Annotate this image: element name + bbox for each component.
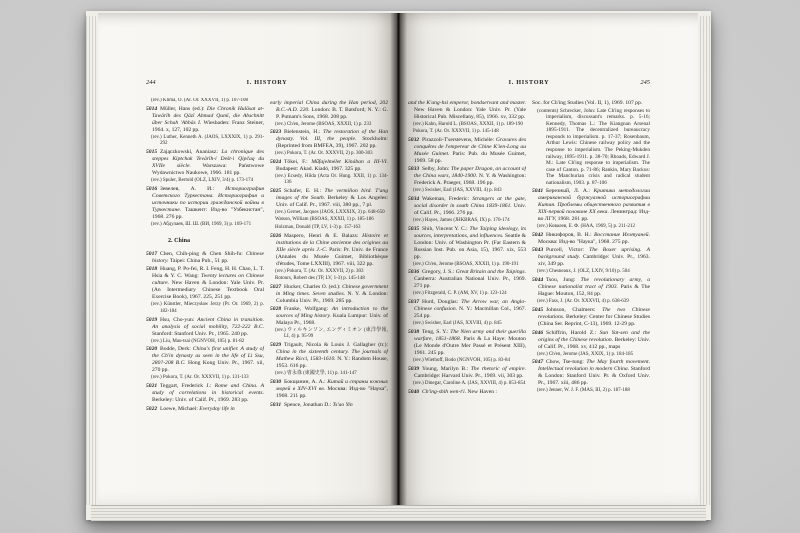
review-line: (rev.) Luther, Kenneth A. (JAOS, LXXXIX,… (151, 135, 264, 148)
review-line: (rev.) Wiethoff, Bodo (NGNVOH, 105) p. 8… (413, 358, 526, 364)
review-line: (rev.) Klima, O. (Ar. Or. XXXVII, 1) p. … (151, 98, 264, 104)
bib-entry: 5045 Johnson, Chalmers: The two Chinese … (532, 307, 650, 328)
bib-entry: 5021 Teggart, Frederick J.: Rome and Chi… (146, 383, 264, 404)
review-line: Rotours, Robert des (TP, LV, 1-3) p. 145… (275, 276, 388, 282)
page-header-left: 244 I. HISTORY (146, 79, 388, 89)
page-left: 244 I. HISTORY (rev.) Klima, O. (Ar. Or.… (98, 13, 398, 505)
bib-entry: 5022 Loewe, Michael: Everyday life in (146, 406, 264, 413)
review-line: (rev.) Spuler, Bertold (OLZ, LXIV, 3/4) … (151, 178, 264, 184)
entry-number: 5031 (270, 402, 284, 408)
entry-number: 5018 (146, 266, 160, 272)
right-col-1: and the K'ang-hsi emperor, bondservant a… (408, 98, 526, 476)
entry-number: 5035 (408, 226, 422, 232)
bib-entry: 5033 Selby, John: The paper Dragon, an a… (408, 166, 526, 187)
review-line: (rev.) Kahn, Harold L. (BSOAS, XXXII, 1)… (413, 122, 526, 128)
review-line: (rev.) Ковалев, Е. Ф. (НАА, 1969, 5) p. … (537, 224, 650, 230)
entry-number: 5021 (146, 383, 160, 389)
entry-number: 5015 (146, 149, 160, 155)
review-line: (rev.) Ch'en, Jerome (BSOAS, XXXII, 1) p… (413, 262, 526, 268)
page-edges-left (86, 16, 98, 505)
bib-entry: 5018 Huang, P. Po-fei, R. I. Feng, H. H.… (146, 266, 264, 301)
bib-entry: 5017 Chen, Chih-ping & Chen Shih-fu: Chi… (146, 251, 264, 265)
bib-entry: 5030 Бокщанин, А. А.: Китай и страны южн… (270, 379, 388, 400)
bib-entry: 5016 Зевелев, А. И.: Историография Совет… (146, 186, 264, 221)
bib-entry: 5023 Bielenstein, H.: The restoration of… (270, 129, 388, 150)
right-col-2: Soc. for Ch'ing Studies (Vol. II, 1), 19… (532, 98, 650, 476)
bib-entry: 5026 Maspero, Henri & E. Balazs: Histoir… (270, 233, 388, 268)
page-header-right: I. HISTORY 245 (408, 79, 650, 89)
bib-entry: 5032 Pirazzoli-T'serstevens, Michèle: Gr… (408, 137, 526, 165)
review-line: (rev.) Ch'en, Jerome (JAS, XXIX, 1) p. 1… (537, 352, 650, 358)
left-col-2: early imperial China during the Han peri… (270, 98, 388, 476)
entry-number: 5037 (408, 299, 422, 305)
entry-number: 5043 (532, 247, 546, 253)
entry-number: 5042 (532, 232, 546, 238)
entry-number: 5046 (532, 330, 546, 336)
entry-number: 5036 (408, 269, 422, 275)
text-columns-left: (rev.) Klima, O. (Ar. Or. XXXVII, 1) p. … (146, 98, 388, 476)
bib-entry: 5038 Teng, S. Y.: The Nien army and thei… (408, 329, 526, 357)
entry-number: 5030 (270, 379, 284, 385)
review-line: (rev.) Fitzgerald, C. P. (AM, XV, 1) p. … (413, 291, 526, 297)
photo-background: 244 I. HISTORY (rev.) Klima, O. (Ar. Or.… (0, 0, 800, 533)
entry-number: 5022 (146, 406, 160, 412)
entry-number: 5014 (146, 106, 160, 112)
review-line: (contents) Schrecker, John: Late Ch'ing … (537, 108, 650, 187)
entry-number: 5028 (270, 306, 284, 312)
bib-entry: 5047 Chow, Tse-tung: The May fourth move… (532, 359, 650, 387)
review-line: (rev.) Абдулаев, Ш. Ш. (ВИ, 1969, 3) p. … (151, 222, 264, 228)
entry-continuation: and the K'ang-hsi emperor, bondservant a… (408, 100, 526, 121)
entry-number: 5041 (532, 188, 546, 194)
review-line: (rev.) Jenner, W. J. F. (MAS, III, 2) p.… (537, 388, 650, 394)
bib-entry: 5042 Никифоров, В. Н.: Восстание Ихэтуан… (532, 232, 650, 246)
review-line: Holzman, Donald (TP, LV, 1-3) p. 157-163 (275, 225, 388, 231)
left-col-1: (rev.) Klima, O. (Ar. Or. XXXVII, 1) p. … (146, 98, 264, 476)
page-number-right: 245 (614, 79, 650, 86)
entry-number: 5047 (532, 359, 546, 365)
entry-number: 5032 (408, 137, 422, 143)
bib-entry: 5015 Zajączkowski, Ananiasz: La chroniqu… (146, 149, 264, 177)
entry-number: 5027 (270, 284, 284, 290)
entry-number: 5044 (532, 277, 546, 283)
bib-entry: 5046 Schiffrin, Harold Z.: Sun Yat-sen a… (532, 330, 650, 351)
entry-number: 5026 (270, 233, 284, 239)
bib-entry: 5034 Wakeman, Frederic: Strangers at the… (408, 196, 526, 217)
page-edges-right (698, 16, 711, 505)
review-line: (rev.) Hayes, James (JHKBRAS, IX) p. 170… (413, 218, 526, 224)
entry-number: 5045 (532, 307, 546, 313)
bib-entry: 5036 Gregory, J. S.: Great Britain and t… (408, 269, 526, 290)
entry-number: 5039 (408, 366, 422, 372)
review-line: (rev.) Chesneaux, J. (OLZ, LXIV, 9/10) p… (537, 269, 650, 275)
bib-entry: 5044 Tsou, Jung: The revolutionary army,… (532, 277, 650, 298)
entry-number: 5040 (408, 389, 422, 395)
entry-number: 5038 (408, 329, 422, 335)
bib-entry: 5014 Müller, Hans (ed.): Die Chronik Hul… (146, 106, 264, 134)
bib-entry: 5027 Hucker, Charles O. (ed.): Chinese g… (270, 284, 388, 305)
bib-entry: 5039 Young, Marilyn B.: The rhetoric of … (408, 366, 526, 380)
review-line: (rev.) Pokora, T. (Ar. Or. XXXVII, 2) p.… (275, 269, 388, 275)
review-line: Watson, William (BSOAS, XXXII, 1) p. 185… (275, 217, 388, 223)
entry-number: 5024 (270, 159, 284, 165)
review-line: (rev.) Dinegar, Caroline A. (JAS, XXVIII… (413, 381, 526, 387)
review-line: (rev.) Liu, Mau-tsai (NGNVOH, 105) p. 81… (151, 339, 264, 345)
bib-entry: 5024 Tőkei, F.: Műfajelmélet Kínában a I… (270, 159, 388, 173)
bib-entry: 5029 Trigault, Nicola & Louis J. Gallagh… (270, 342, 388, 370)
review-line: (rev.) Pokora, T. (Ar. Or. XXXVII, 1) p.… (151, 375, 264, 381)
running-head-left: I. HISTORY (182, 79, 352, 86)
review-line: (rev.) 曺永祿 (東國史學, 11) p. 141-147 (275, 371, 388, 377)
page-number-left: 244 (146, 79, 182, 86)
entry-number: 5019 (146, 317, 160, 323)
entry-number: 5016 (146, 186, 160, 192)
review-line: (rev.) Ecsedy, Hilda (Acta Or. Hung. XXI… (275, 174, 388, 187)
review-line: (rev.) Ch'en, Jerome (BSOAS, XXXII, 1) p… (275, 122, 388, 128)
review-line: (rev.) Swisher, Earl (JAS, XXVIII, 4) p.… (413, 321, 526, 327)
bib-entry: 5043 Purcell, Victor: The Boxer uprising… (532, 247, 650, 268)
bib-entry: 5025 Schafer, E. H.: The vermilion bird.… (270, 188, 388, 209)
bib-entry: 5031 Spence, Jonathan D.: Ts'ao Yin (270, 402, 388, 409)
bib-entry: 5028 Franke, Wolfgang: An introduction t… (270, 306, 388, 327)
section-heading: 2. China (168, 238, 264, 244)
entry-number: 5025 (270, 188, 284, 194)
text-columns-right: and the K'ang-hsi emperor, bondservant a… (408, 98, 650, 476)
review-line: (rev.) Pokora, T. (Ar. Or. XXXVII, 2) p.… (275, 151, 388, 157)
entry-number: 5029 (270, 342, 284, 348)
running-head-right: I. HISTORY (444, 79, 614, 86)
review-line: (rev.) Gernet, Jacques (JAOS, LXXXIX, 3)… (275, 210, 388, 216)
bib-entry: 5019 Hsu, Cho-yun: Ancient China in tran… (146, 317, 264, 338)
review-line: (rev.) Künstler, Mieczysław Jerzy (Pr. O… (151, 302, 264, 315)
review-line: (rev.) Swisher, Earl (JAS, XXVIII, 4) p.… (413, 188, 526, 194)
review-line: (rev.) Fass, J. (Ar. Or. XXXVII, 4) p. 6… (537, 299, 650, 305)
entry-number: 5020 (146, 346, 160, 352)
entry-number: 5017 (146, 251, 160, 257)
bib-entry: 5037 Hurd, Douglas: The Arrow war, an An… (408, 299, 526, 320)
entry-number: 5023 (270, 129, 284, 135)
review-line: (rev.) ウィルキンソン, エンディミオン (東洋學報, LI, 4) p.… (275, 328, 388, 341)
bib-entry: 5040 Ch'ing-shih wen-t'i. New Haven : (408, 389, 526, 396)
open-book: 244 I. HISTORY (rev.) Klima, O. (Ar. Or.… (86, 11, 711, 520)
review-line: Pokora, T. (Ar. Or. XXXVII, 1) p. 145-14… (413, 129, 526, 135)
entry-continuation: early imperial China during the Han peri… (270, 100, 388, 121)
bib-entry: 5020 Bodde, Derk: China's first unifier.… (146, 346, 264, 374)
page-edges-bottom (91, 505, 706, 521)
bib-entry: 5035 Shih, Vincent Y. C.: The Taiping id… (408, 226, 526, 261)
bib-entry: 5041 Березный, Л. А.: Критика методологи… (532, 188, 650, 223)
page-right: I. HISTORY 245 and the K'ang-hsi emperor… (398, 13, 698, 505)
entry-number: 5033 (408, 166, 422, 172)
entry-number: 5034 (408, 196, 422, 202)
entry-continuation: Soc. for Ch'ing Studies (Vol. II, 1), 19… (532, 100, 650, 107)
